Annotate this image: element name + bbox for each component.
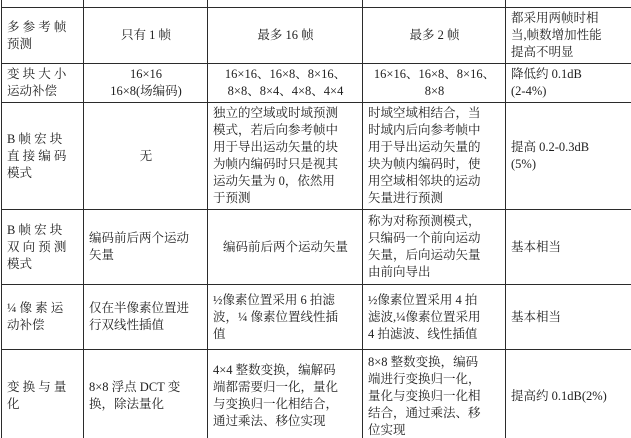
grid-stub xyxy=(505,0,506,7)
row-label-cell: 变 换 与 量 化 xyxy=(2,350,84,438)
table-cell: 16×16、16×8、8×16、 8×8 xyxy=(363,64,506,103)
table-cell: 16×16 16×8(场编码) xyxy=(84,64,208,103)
table-cell: 时域空域相结合，当 时域内后向参考帧中 用于导出运动矢量的 块为帧内编码时，使 … xyxy=(363,103,506,210)
table-cell: 基本相当 xyxy=(506,285,631,350)
table-cell: 只有 1 帧 xyxy=(84,8,208,64)
table-row: 多 参 考 帧 预测 只有 1 帧 最多 16 帧 最多 2 帧 都采用两帧时相… xyxy=(2,8,631,64)
table-cell: 提高约 0.1dB(2%) xyxy=(506,350,631,438)
grid-stub xyxy=(207,0,208,7)
row-label-cell: ¼ 像 素 运 动补偿 xyxy=(2,285,84,350)
table-row: B 帧 宏 块 双 向 预 测 模式 编码前后两个运动 矢量 编码前后两个运动矢… xyxy=(2,210,631,285)
table-cell: 8×8 整数变换，编码 端进行变换归一化， 量化与变换归一化相 结合，通过乘法、… xyxy=(363,350,506,438)
row-label-cell: B 帧 宏 块 双 向 预 测 模式 xyxy=(2,210,84,285)
table-cell: 编码前后两个运动矢量 xyxy=(208,210,363,285)
table-cell: ½像素位置采用 6 拍滤 波，¼ 像素位置线性插 值 xyxy=(208,285,363,350)
table-cell: 最多 16 帧 xyxy=(208,8,363,64)
table-row: ¼ 像 素 运 动补偿 仅在半像素位置进 行双线性插值 ½像素位置采用 6 拍滤… xyxy=(2,285,631,350)
table-cell: 无 xyxy=(84,103,208,210)
table-row: B 帧 宏 块 直 接 编 码 模式 无 独立的空域或时域预测 模式，若后向参考… xyxy=(2,103,631,210)
codec-feature-comparison-table: 多 参 考 帧 预测 只有 1 帧 最多 16 帧 最多 2 帧 都采用两帧时相… xyxy=(1,7,631,438)
row-label-cell: 变 块 大 小 运动补偿 xyxy=(2,64,84,103)
table-cell: 称为对称预测模式， 只编码一个前向运动 矢量，后向运动矢量 由前向导出 xyxy=(363,210,506,285)
grid-stub xyxy=(1,0,2,7)
table-cell: 编码前后两个运动 矢量 xyxy=(84,210,208,285)
grid-stub xyxy=(362,0,363,7)
table-cell: 独立的空域或时域预测 模式，若后向参考帧中 用于导出运动矢量的块 为帧内编码时只… xyxy=(208,103,363,210)
table-cell: ½像素位置采用 4 拍 滤波,¼像素位置采用 4 拍滤波、线性插值 xyxy=(363,285,506,350)
table-cell: 都采用两帧时相 当,帧数增加性能 提高不明显 xyxy=(506,8,631,64)
grid-stub xyxy=(83,0,84,7)
table-cell: 降低约 0.1dB (2-4%) xyxy=(506,64,631,103)
table-cell: 16×16、16×8、8×16、 8×8、8×4、4×8、4×4 xyxy=(208,64,363,103)
row-label-cell: 多 参 考 帧 预测 xyxy=(2,8,84,64)
document-table-screenshot: 多 参 考 帧 预测 只有 1 帧 最多 16 帧 最多 2 帧 都采用两帧时相… xyxy=(0,0,631,438)
table-cell: 提高 0.2-0.3dB (5%) xyxy=(506,103,631,210)
table-cell: 基本相当 xyxy=(506,210,631,285)
table-row: 变 换 与 量 化 8×8 浮点 DCT 变 换，除法量化 4×4 整数变换，编… xyxy=(2,350,631,438)
table-cell: 8×8 浮点 DCT 变 换，除法量化 xyxy=(84,350,208,438)
table-row: 变 块 大 小 运动补偿 16×16 16×8(场编码) 16×16、16×8、… xyxy=(2,64,631,103)
table-cell: 最多 2 帧 xyxy=(363,8,506,64)
table-cell: 4×4 整数变换，编解码 端都需要归一化，量化 与变换归一化相结合， 通过乘法、… xyxy=(208,350,363,438)
row-label-cell: B 帧 宏 块 直 接 编 码 模式 xyxy=(2,103,84,210)
table-cell: 仅在半像素位置进 行双线性插值 xyxy=(84,285,208,350)
